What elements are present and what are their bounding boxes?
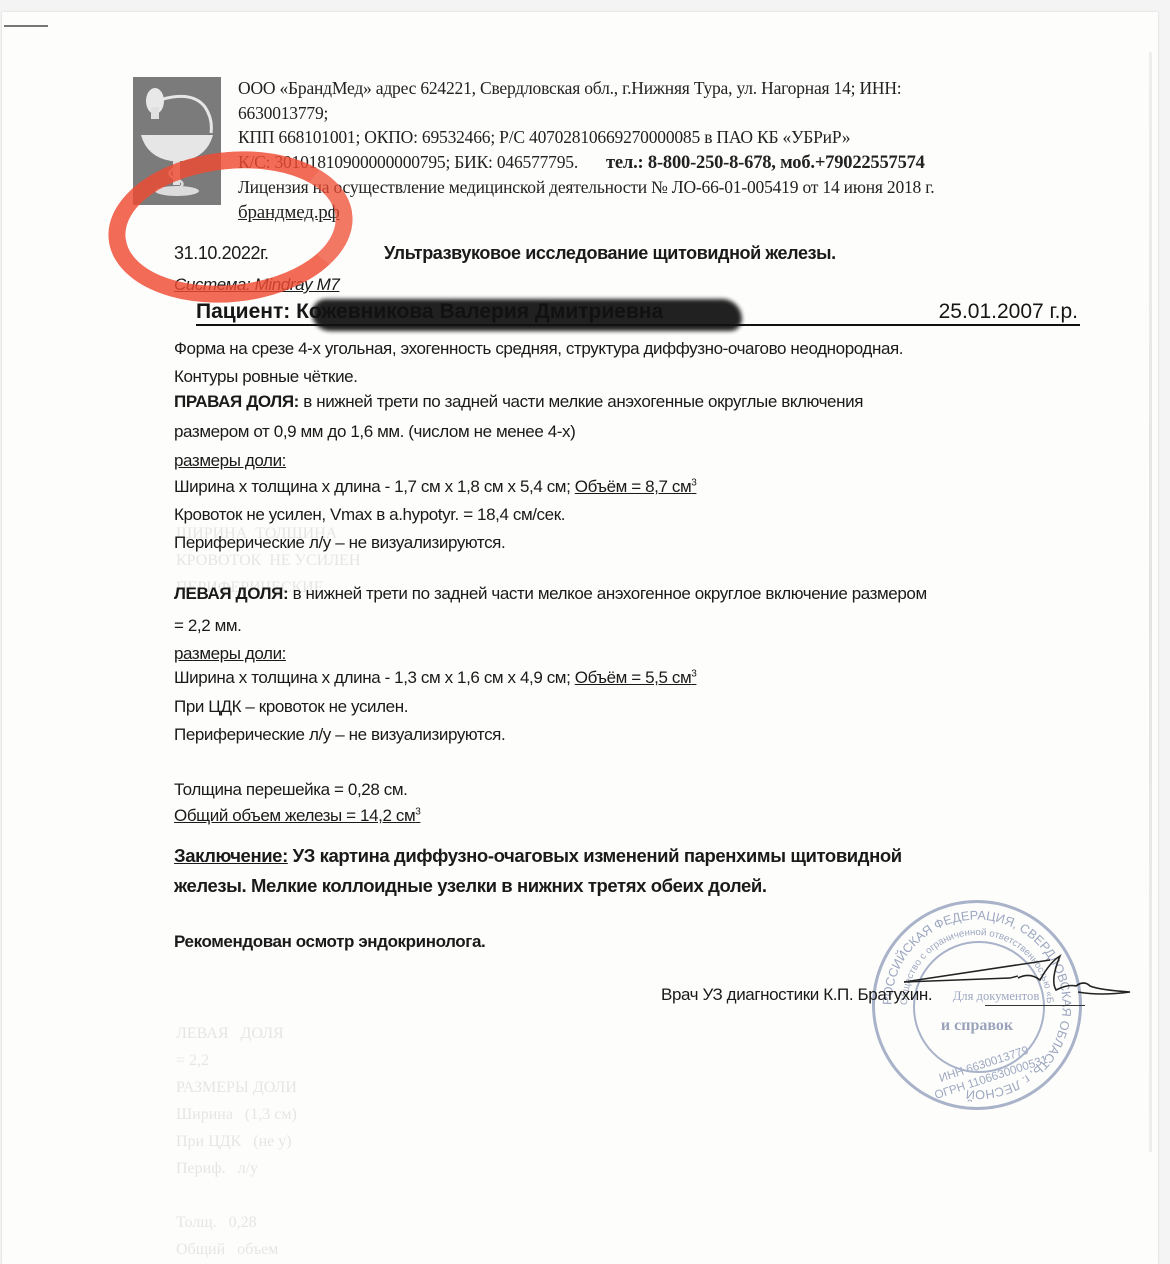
left-lobe-volume: Объём = 5,5 см3	[575, 668, 697, 687]
conclusion-text-1: УЗ картина диффузно-очаговых изменений п…	[288, 845, 902, 866]
general-findings-2: Контуры ровные чёткие.	[174, 367, 1094, 387]
show-through-text: ЛЕВАЯ ДОЛЯ = 2,2 РАЗМЕРЫ ДОЛИ Ширина (1,…	[176, 1020, 297, 1263]
ultrasound-system: Система: Mindray M7	[174, 275, 1094, 295]
scan-edge-mark	[4, 25, 48, 27]
left-lobe-lymph: Периферические л/у – не визуализируются.	[174, 725, 1094, 745]
license-info: Лицензия на осуществление медицинской де…	[238, 175, 1078, 200]
left-lobe-volume-value: Объём = 5,5 см	[575, 668, 691, 687]
patient-label: Пациент:	[196, 300, 290, 323]
left-lobe-finding-text: в нижней трети по задней части мелкое ан…	[288, 584, 927, 603]
handwritten-signature	[900, 950, 1135, 1010]
stamp-center-text: и справок	[875, 1017, 1079, 1035]
total-gland-volume: Общий объем железы = 14,2 см3	[174, 806, 1094, 826]
clinic-phones: тел.: 8-800-250-8-678, моб.+79022557574	[606, 153, 925, 173]
right-lobe-flow: Кровоток не усилен, Vmax в a.hypotyr. = …	[174, 505, 1094, 525]
right-lobe-sizes-label: размеры доли:	[174, 451, 1094, 471]
left-lobe-finding-2: = 2,2 мм.	[174, 616, 1094, 636]
conclusion-text-2: железы. Мелкие коллоидные узелки в нижни…	[174, 875, 1094, 897]
right-lobe-sizes: Ширина х толщина х длина - 1,7 см х 1,8 …	[174, 477, 1094, 497]
bowl-of-hygieia-icon	[133, 77, 221, 205]
exam-header: 31.10.2022г.Ультразвуковое исследование …	[174, 243, 1094, 264]
exam-date: 31.10.2022г.	[174, 243, 384, 264]
redaction-mark	[312, 299, 742, 331]
requisites-inn: 6630013779;	[238, 101, 1078, 126]
conclusion-label: Заключение:	[174, 845, 288, 866]
patient-dob: 25.01.2007 г.р.	[939, 300, 1078, 324]
clinic-website-link[interactable]: брандмед.рф	[238, 202, 340, 223]
left-lobe-dimensions: Ширина х толщина х длина - 1,3 см х 1,6 …	[174, 668, 575, 687]
left-lobe-sizes: Ширина х толщина х длина - 1,3 см х 1,6 …	[174, 668, 1094, 688]
exam-title: Ультразвуковое исследование щитовидной ж…	[384, 243, 836, 263]
requisites-bank: КПП 668101001; ОКПО: 69532466; Р/С 40702…	[238, 125, 1078, 150]
right-lobe-volume: Объём = 8,7 см3	[575, 477, 697, 496]
right-lobe-dimensions: Ширина х толщина х длина - 1,7 см х 1,8 …	[174, 477, 575, 496]
general-findings-1: Форма на срезе 4-х угольная, эхогенность…	[174, 339, 1094, 359]
cubic-superscript: 3	[691, 668, 696, 679]
left-lobe-sizes-label: размеры доли:	[174, 644, 1094, 664]
left-lobe-flow: При ЦДК – кровоток не усилен.	[174, 697, 1094, 717]
total-volume-value: Общий объем железы = 14,2 см	[174, 806, 415, 825]
right-lobe-finding-2: размером от 0,9 мм до 1,6 мм. (числом не…	[174, 422, 1094, 442]
left-lobe-finding: ЛЕВАЯ ДОЛЯ: в нижней трети по задней час…	[174, 584, 1094, 604]
left-lobe-label: ЛЕВАЯ ДОЛЯ:	[174, 584, 288, 603]
conclusion: Заключение: УЗ картина диффузно-очаговых…	[174, 845, 1094, 867]
right-lobe-finding-text: в нижней трети по задней части мелкие ан…	[299, 392, 863, 411]
isthmus-thickness: Толщина перешейка = 0,28 см.	[174, 780, 1094, 800]
clinic-requisites: ООО «БрандМед» адрес 624221, Свердловска…	[238, 76, 1078, 225]
requisites-account: К/С: 30101810900000000795; БИК: 04657779…	[238, 152, 578, 172]
right-lobe-finding: ПРАВАЯ ДОЛЯ: в нижней трети по задней ча…	[174, 392, 1094, 412]
requisites-contacts: К/С: 30101810900000000795; БИК: 04657779…	[238, 150, 1078, 176]
right-lobe-label: ПРАВАЯ ДОЛЯ:	[174, 392, 299, 411]
right-lobe-volume-value: Объём = 8,7 см	[575, 477, 691, 496]
right-lobe-lymph: Периферические л/у – не визуализируются.	[174, 533, 1094, 553]
requisites-address: ООО «БрандМед» адрес 624221, Свердловска…	[238, 76, 1078, 101]
cubic-superscript: 3	[691, 477, 696, 488]
cubic-superscript: 3	[415, 806, 420, 817]
clinic-logo	[133, 77, 221, 205]
